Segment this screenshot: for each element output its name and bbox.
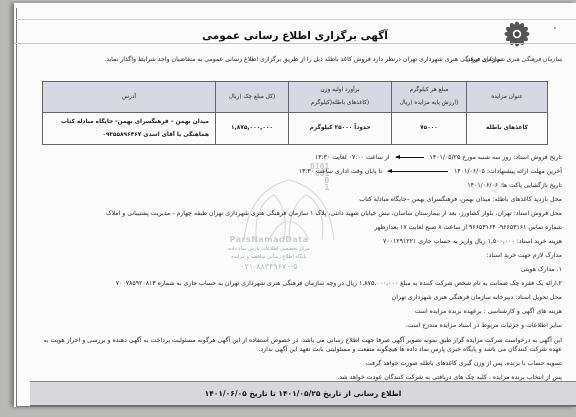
col-price-per-kg: مبلغ هر کیلوگرم (ارزش پایه مزایده (ریال	[392, 82, 467, 113]
table-header-row: عنوان مزایده مبلغ هر کیلوگرم (ارزش پایه …	[43, 82, 548, 113]
title-divider	[14, 43, 576, 44]
ad-costs: هزینه های آگهی و کارشناسی : برعهده برنده…	[32, 305, 562, 319]
cell-weight: حدوداً ۲۵۰۰۰ کیلوگرم	[289, 113, 392, 145]
arrow-left-icon	[388, 171, 448, 172]
col-weight-estimate: برآورد اولیه وزن (کاغذهای باطله(کیلوگرم	[289, 82, 392, 113]
auction-table: عنوان مزایده مبلغ هر کیلوگرم (ارزش پایه …	[42, 81, 548, 145]
sale-date-line: تاریخ فروش اسناد: روز سه شنبه مورخ ۱۴۰۱/…	[32, 151, 562, 165]
cell-total-check: ۱,۸۷۵,۰۰۰,۰۰۰	[216, 113, 289, 145]
cell-price-per-kg: ۷۵۰۰۰	[392, 113, 467, 145]
col-total-check: (کل مبلغ چک (ریال	[216, 82, 289, 113]
cell-address: میدان بهمن – فرهنگسرای بهمن- جایگاه مباد…	[43, 113, 216, 145]
details-section: تاریخ فروش اسناد: روز سه شنبه مورخ ۱۴۰۱/…	[32, 151, 562, 385]
col-sublabel: (ارزش پایه مزایده (ریال	[395, 97, 463, 110]
required-doc-1: ۱. مدارک هویتی	[32, 263, 562, 277]
deadline-date: آخرین مهلت ارائه پیشنهادات: ۱۴۰۱/۰۶/۰۵	[454, 168, 562, 175]
address-line-2: هماهنگی با آقای اسدی ۰۹۳۵۵۸۹۶۴۶۷	[46, 129, 209, 142]
col-label: آدرس	[122, 94, 136, 100]
deadline-line: آخرین مهلت ارائه پیشنهادات: ۱۴۰۱/۰۶/۰۵ ت…	[32, 165, 562, 179]
disclaimer: این آگهی به درخواست شرکت مزایده گزار طبق…	[32, 333, 562, 357]
deadline-time: تا پایان وقت اداری ساعت ۱۳:۳۰	[299, 168, 382, 175]
top-divider	[16, 19, 576, 20]
contact-phone: شماره تماس ۹۶۶۵۳۱۶۱- ۹۶۶۵۳۱۶۴ از ساعت ۸ …	[32, 221, 562, 235]
col-address: آدرس	[43, 82, 216, 113]
settlement: تسویه حساب با برنده، پس از وزن گیری کاغذ…	[32, 357, 562, 371]
col-label: (کل مبلغ چک (ریال	[229, 94, 275, 100]
required-doc-2: ۲.ارائه یک فقره چک ضمانت به نام شخص شرکت…	[32, 277, 562, 291]
cell-title: کاغذهای باطله	[467, 113, 548, 145]
document-fee: هزینه خرید اسناد: ۱,۵۰۰,۰۰۰ ریال واریز ب…	[32, 235, 562, 249]
sale-date: تاریخ فروش اسناد: روز سه شنبه مورخ ۱۴۰۱/…	[430, 154, 562, 161]
table-row: کاغذهای باطله ۷۵۰۰۰ حدوداً ۲۵۰۰۰ کیلوگرم…	[43, 113, 548, 145]
page-title: آگهی برگزاری اطلاع رسانی عمومی	[14, 30, 576, 42]
delivery-location: محل تحویل اسناد: دبیرخانه سازمان فرهنگی …	[32, 291, 562, 305]
intro-paragraph: سازمان فرهنگی هنری شهرداری تهران درنظر د…	[104, 56, 502, 63]
notice-period-banner: اطلاع رسانی از تاریخ ۱۴۰۱/۰۵/۲۵ تا تاریخ…	[30, 381, 576, 406]
visit-location: محل بازدید کاغذهای باطله: میدان بهمن، فر…	[32, 193, 562, 207]
other-info: سایر اطلاعات و جزئیات مربوط در اسناد مزا…	[32, 319, 562, 333]
address-line-1: میدان بهمن – فرهنگسرای بهمن- جایگاه مباد…	[46, 116, 209, 129]
arrow-left-icon	[396, 157, 424, 158]
document-page: سازمان فرهنگی هنری شهرداری تهران آگهی بر…	[14, 3, 576, 407]
opening-date: تاریخ بازگشایی پاکت ها: ۱۴۰۱/۰۶/۰۶	[32, 179, 562, 193]
sale-time: از ساعت ۰۷:۰۰ لغایت ۱۳:۳۰	[315, 154, 390, 161]
scan-speck	[554, 27, 556, 29]
required-docs-title: مدارک لازم جهت خرید اسناد:	[32, 249, 562, 263]
col-sublabel: (کاغذهای باطله(کیلوگرم	[292, 97, 388, 110]
col-auction-title: عنوان مزایده	[467, 82, 548, 113]
col-label: عنوان مزایده	[491, 94, 523, 100]
sale-location: محل فروش اسناد: تهران، بلوار کشاورز، بعد…	[32, 207, 562, 221]
col-label: مبلغ هر کیلوگرم	[395, 84, 463, 97]
col-label: برآورد اولیه وزن	[292, 84, 388, 97]
